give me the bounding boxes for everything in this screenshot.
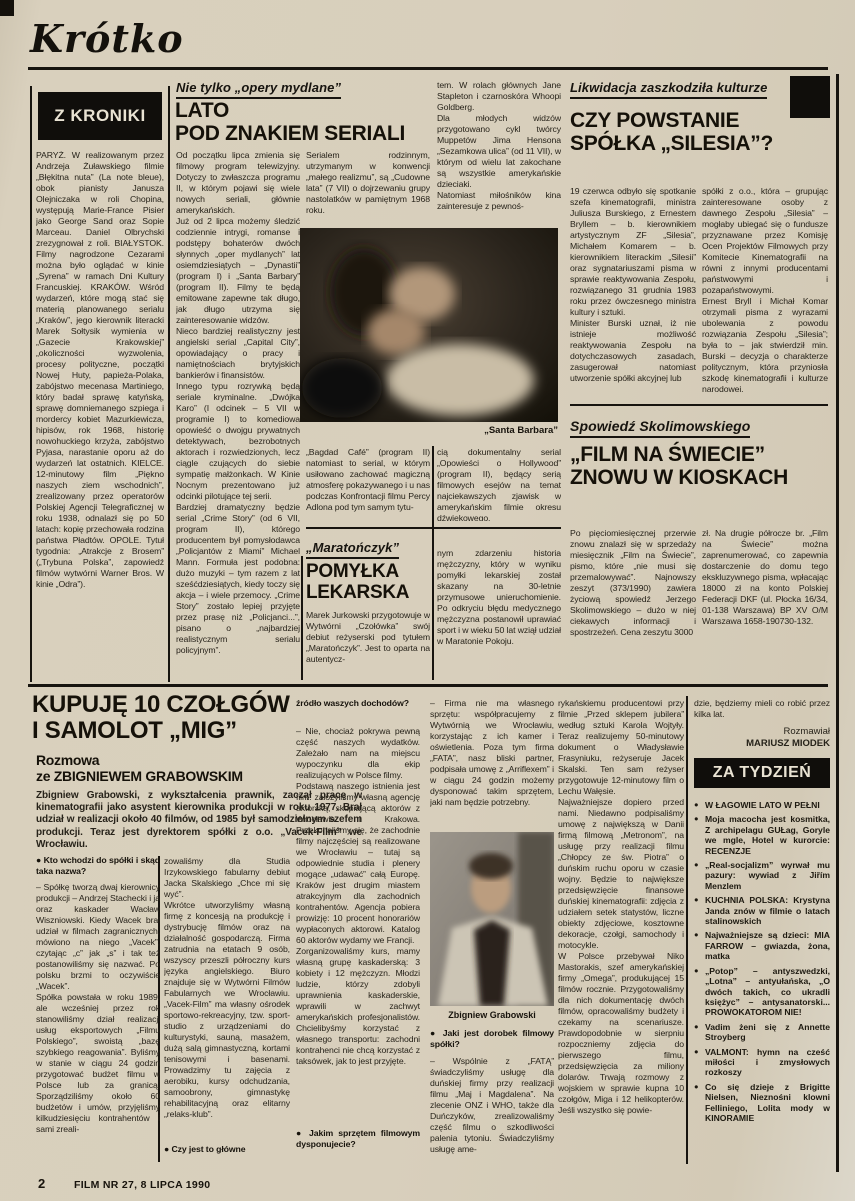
lato-kicker: Nie tylko „opery mydlane” [176, 80, 341, 99]
maraton-column-1: Marek Jurkowski przygotowuje w Wytwórni … [306, 610, 430, 680]
maraton-title: POMYŁKA LEKARSKA [306, 562, 436, 603]
grabowski-caption: Zbigniew Grabowski [430, 1010, 554, 1020]
page-number: 2 [38, 1176, 45, 1191]
santa-barbara-caption: „Santa Barbara” [434, 425, 558, 436]
silesia-title: CZY POWSTANIE SPÓŁKA „SILESIA”? [570, 110, 830, 155]
bullet-icon: ● [694, 930, 705, 961]
za-tydzien-item: ● KUCHNIA POLSKA: Krystyna Janda znów w … [694, 895, 830, 926]
interview-column-6: dzie, będziemy mieli co robić przez kilk… [694, 698, 830, 722]
silesia-column-1: 19 czerwca odbyło się spotkanie szefa ki… [570, 186, 696, 392]
kioski-title: „FILM NA ŚWIECIE” ZNOWU W KIOSKACH [570, 444, 830, 489]
grabowski-photo [430, 832, 554, 1006]
za-tydzien-item-text: Co się dzieje z Brigitte Nielsen, Niezno… [705, 1082, 830, 1124]
interview-question-5: ● Jaki jest dorobek filmowy spółki? [430, 1028, 554, 1054]
silesia-column-2: spółki z o.o., która – grupując zaintere… [702, 186, 828, 392]
scan-artifact [0, 0, 14, 16]
za-tydzien-list: ● W ŁAGOWIE LATO W PEŁNI ● Moja macocha … [694, 800, 830, 1166]
lato-column-2-top: Serialem rodzinnym, utrzymanym w konwenc… [306, 150, 430, 226]
maraton-column-2: nym zdarzeniu historia mężczyzny, który … [437, 548, 561, 680]
bullet-icon: ● [694, 895, 705, 926]
right-edge-rule [836, 74, 839, 1172]
bullet-icon: ● [694, 800, 705, 810]
byline-label: Rozmawiał [694, 726, 830, 737]
santa-barbara-photo [300, 228, 558, 422]
za-tydzien-item-text: Moja macocha jest kosmitka, Z archipelag… [705, 814, 830, 856]
byline-name: MARIUSZ MIODEK [694, 738, 830, 749]
section-rule [306, 527, 561, 529]
za-tydzien-item-text: Vadim żeni się z Annette Stroyberg [705, 1022, 830, 1043]
lato-title: LATO POD ZNAKIEM SERIALI [175, 100, 455, 145]
bullet-icon: ● [694, 860, 705, 891]
za-tydzien-item: ● „Potop” – antyszwedzki, „Lotna” – anty… [694, 966, 830, 1018]
bullet-icon: ● [694, 1022, 705, 1043]
section-rule [570, 404, 828, 406]
masthead-title: Krótko [30, 16, 184, 61]
za-tydzien-item: ● Vadim żeni się z Annette Stroyberg [694, 1022, 830, 1043]
bullet-icon: ● [694, 1082, 705, 1124]
interview-column-4: – Firma nie ma własnego sprzętu: współpr… [430, 698, 554, 828]
lato-column-2-bottom: „Bagdad Café” (program II) natomiast to … [306, 447, 430, 521]
bullet-icon: ● [694, 966, 705, 1018]
interview-column-3: – Nie, chociaż pokrywa pewną część naszy… [296, 726, 420, 1124]
za-tydzien-item-text: Najważniejsze są dzieci: MIA FARROW – gw… [705, 930, 830, 961]
kioski-kicker: Spowiedź Skolimowskiego [570, 418, 750, 438]
za-tydzien-item-text: KUCHNIA POLSKA: Krystyna Janda znów w fi… [705, 895, 830, 926]
interview-column-1: – Spółkę tworzą dwaj kierownicy produkcj… [36, 882, 160, 1162]
interview-column-5: rykańskiemu producentowi przy filmie „Pr… [558, 698, 684, 1164]
column-divider [168, 86, 170, 682]
lato-column-3-bottom: cią dokumentalny serial „Opowieści o Hol… [437, 447, 561, 521]
za-tydzien-item: ● Moja macocha jest kosmitka, Z archipel… [694, 814, 830, 856]
kioski-column-2: zł. Na drugie półrocze br. „Film na Świe… [702, 528, 828, 662]
interview-question-1: ● Kto wchodzi do spółki i skąd taka nazw… [36, 855, 160, 879]
column-divider [686, 696, 688, 1164]
za-tydzien-item: ● Najważniejsze są dzieci: MIA FARROW – … [694, 930, 830, 961]
interview-column-2: zowaliśmy dla Studia Irzykowskiego fabul… [164, 856, 290, 1142]
za-tydzien-item: ● W ŁAGOWIE LATO W PEŁNI [694, 800, 830, 810]
za-tydzien-item: ● VALMONT: hymn na cześć miłości i zmysł… [694, 1047, 830, 1078]
interview-question-4: ● Jakim sprzętem filmowym dysponujecie? [296, 1128, 420, 1154]
kronika-body: PARYŻ. W realizowanym przez Andrzeja Żuł… [36, 150, 164, 678]
issue-label: FILM NR 27, 8 LIPCA 1990 [74, 1179, 210, 1191]
interview-question-3: źródło waszych dochodów? [296, 698, 420, 724]
kronika-box-title: Z KRONIKI [38, 92, 162, 140]
lato-column-3-top: tem. W rolach głównych Jane Stapleton i … [437, 80, 561, 226]
za-tydzien-item: ● „Real-socjalizm” wyrwał mu pazury: wyw… [694, 860, 830, 891]
masthead-rule [28, 67, 828, 70]
za-tydzien-item-text: VALMONT: hymn na cześć miłości i zmysłow… [705, 1047, 830, 1078]
left-column-rule [30, 86, 32, 682]
interview-question-2: ● Czy jest to główne [164, 1144, 290, 1158]
column-divider [301, 556, 303, 680]
za-tydzien-item: ● Co się dzieje z Brigitte Nielsen, Niez… [694, 1082, 830, 1124]
bullet-icon: ● [694, 814, 705, 856]
interview-column-4b: – Wspólnie z „FATĄ” świadczyliśmy usługę… [430, 1056, 554, 1164]
za-tydzien-box-title: ZA TYDZIEŃ [694, 758, 830, 788]
za-tydzien-item-text: „Potop” – antyszwedzki, „Lotna” – antyuł… [705, 966, 830, 1018]
section-rule [28, 684, 828, 687]
maraton-kicker: „Maratończyk” [306, 540, 399, 559]
newspaper-page: Krótko Z KRONIKI PARYŻ. W realizowanym p… [0, 0, 855, 1201]
silesia-kicker: Likwidacja zaszkodziła kulturze [570, 80, 767, 99]
za-tydzien-item-text: „Real-socjalizm” wyrwał mu pazury: wywia… [705, 860, 830, 891]
bullet-icon: ● [694, 1047, 705, 1078]
lato-column-1: Od początku lipca zmienia się filmowy pr… [176, 150, 300, 660]
za-tydzien-item-text: W ŁAGOWIE LATO W PEŁNI [705, 800, 820, 810]
kioski-column-1: Po pięciomiesięcznej przerwie znowu znal… [570, 528, 696, 662]
